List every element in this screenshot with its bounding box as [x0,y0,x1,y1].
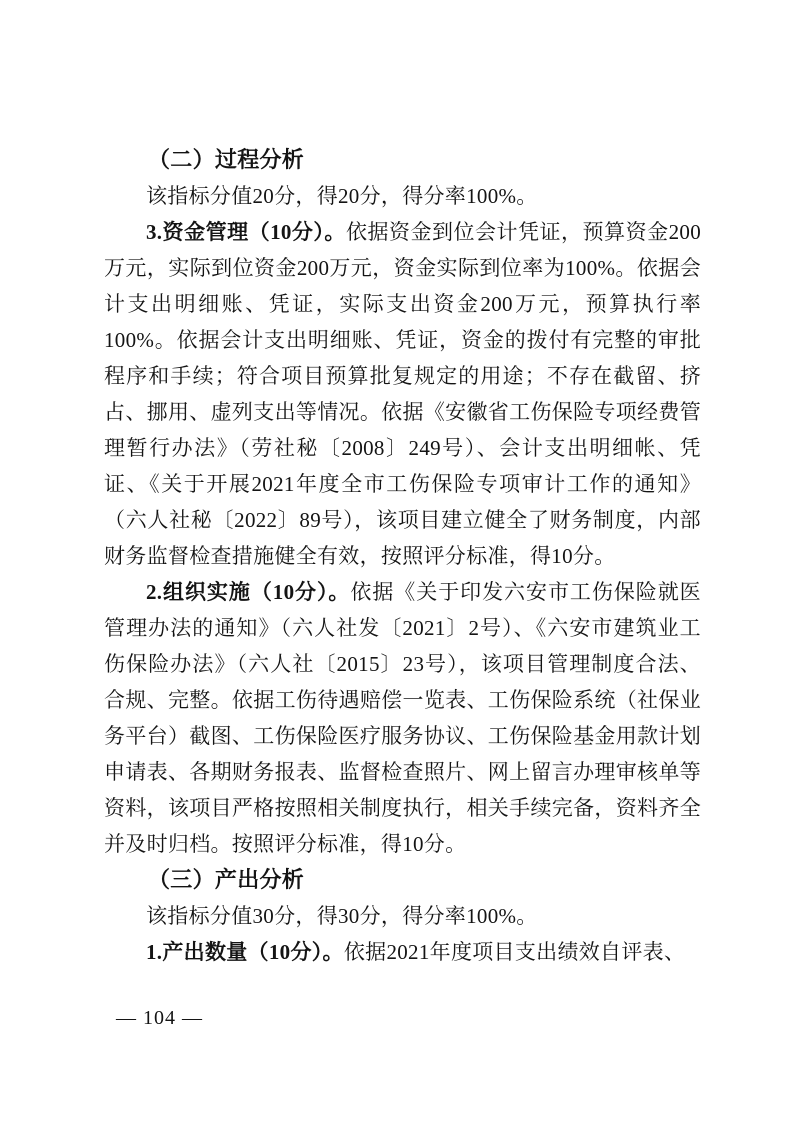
paragraph-organization-implementation-text: 依据《关于印发六安市工伤保险就医管理办法的通知》（六人社发〔2021〕2号）、《… [104,580,701,856]
paragraph-fund-management: 3.资金管理（10分）。依据资金到位会计凭证，预算资金200万元，实际到位资金2… [104,214,701,574]
paragraph-organization-implementation-lead: 2.组织实施（10分）。 [146,580,350,604]
section-heading-process-analysis: （二）过程分析 [104,142,701,178]
paragraph-output-score: 该指标分值30分，得30分，得分率100%。 [104,898,701,934]
paragraph-fund-management-lead: 3.资金管理（10分）。 [146,220,346,244]
paragraph-output-quantity-lead: 1.产出数量（10分）。 [146,940,344,964]
document-page: （二）过程分析 该指标分值20分，得20分，得分率100%。 3.资金管理（10… [0,0,793,1122]
page-number: — 104 — [116,1001,203,1035]
paragraph-output-quantity-text: 依据2021年度项目支出绩效自评表、 [344,940,685,964]
section-heading-output-analysis: （三）产出分析 [104,862,701,898]
paragraph-fund-management-text: 依据资金到位会计凭证，预算资金200万元，实际到位资金200万元，资金实际到位率… [104,220,701,568]
paragraph-process-score: 该指标分值20分，得20分，得分率100%。 [104,178,701,214]
paragraph-output-quantity: 1.产出数量（10分）。依据2021年度项目支出绩效自评表、 [104,934,701,970]
paragraph-organization-implementation: 2.组织实施（10分）。依据《关于印发六安市工伤保险就医管理办法的通知》（六人社… [104,574,701,862]
document-body: （二）过程分析 该指标分值20分，得20分，得分率100%。 3.资金管理（10… [104,142,701,970]
